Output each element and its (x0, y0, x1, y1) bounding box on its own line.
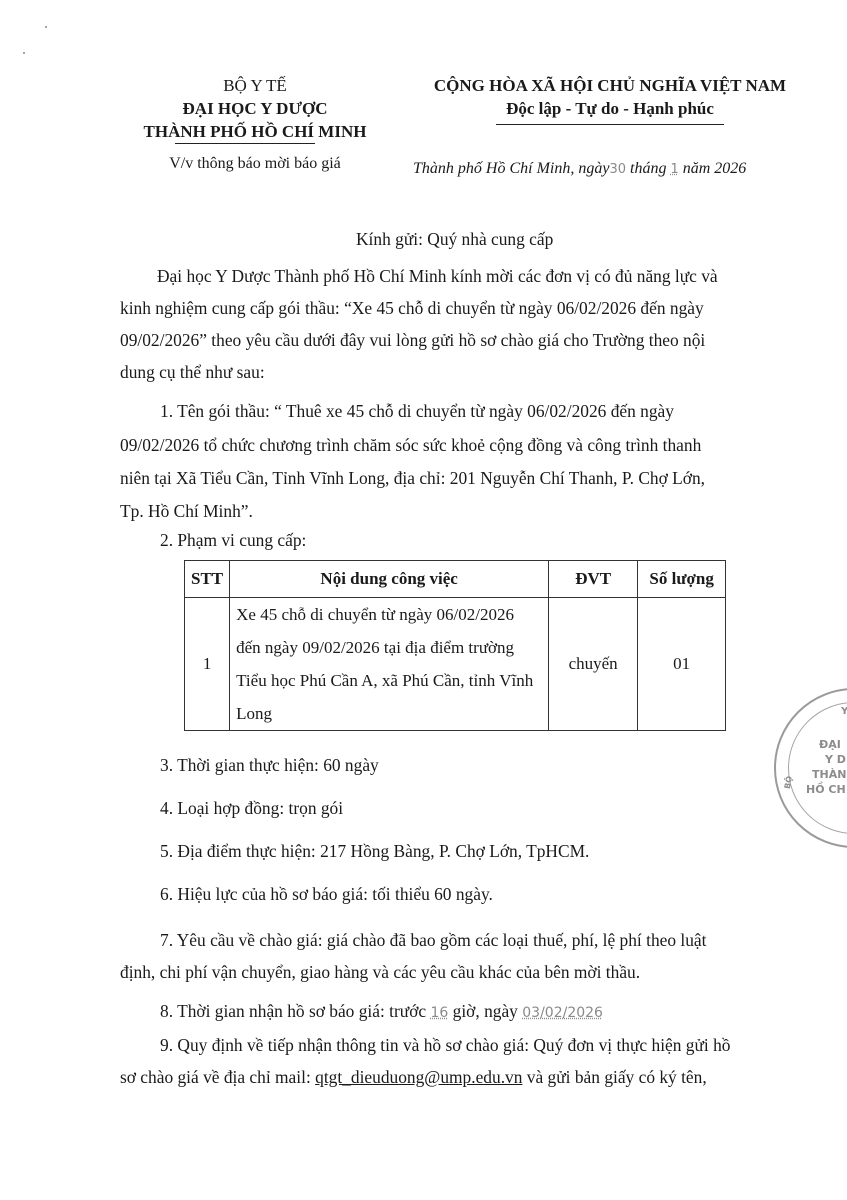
table-row: 1 Xe 45 chỗ di chuyển từ ngày 06/02/2026… (185, 598, 726, 731)
item2-heading: 2. Phạm vi cung cấp: (160, 530, 306, 551)
university-name-line1: ĐẠI HỌC Y DƯỢC (130, 99, 380, 119)
scan-speck (45, 26, 47, 28)
cell-content: Xe 45 chỗ di chuyển từ ngày 06/02/2026 đ… (230, 598, 549, 731)
intro-line-4: dung cụ thể như sau: (120, 362, 265, 383)
item6: 6. Hiệu lực của hồ sơ báo giá: tối thiểu… (160, 884, 493, 905)
item7-line-1: 7. Yêu cầu về chào giá: giá chào đã bao … (160, 930, 706, 951)
item9-line2-suffix: và gửi bản giấy có ký tên, (527, 1067, 707, 1087)
contact-email-link[interactable]: qtgt_dieuduong@ump.edu.vn (315, 1067, 522, 1087)
handwritten-day: 30 (609, 162, 626, 177)
salutation: Kính gửi: Quý nhà cung cấp (356, 229, 553, 250)
stamp-text-2: Y D (825, 753, 846, 766)
country-name: CỘNG HÒA XÃ HỘI CHỦ NGHĨA VIỆT NAM (400, 76, 820, 96)
stamp-text-4: HỒ CH (806, 783, 846, 796)
stamp-text-top: Y (841, 706, 847, 717)
item7-line-2: định, chi phí vận chuyển, giao hàng và c… (120, 962, 640, 983)
cell-quantity: 01 (638, 598, 726, 731)
item8-mid: giờ, ngày (453, 1001, 518, 1021)
cell-unit: chuyến (549, 598, 638, 731)
header-unit: ĐVT (549, 561, 638, 598)
item9-line-1: 9. Quy định về tiếp nhận thông tin và hồ… (160, 1035, 730, 1056)
item8: 8. Thời gian nhận hồ sơ báo giá: trước 1… (160, 1001, 603, 1022)
university-name-line2: THÀNH PHỐ HỒ CHÍ MINH (110, 122, 400, 142)
cell-stt: 1 (185, 598, 230, 731)
date-month-label: tháng (630, 160, 666, 177)
item4: 4. Loại hợp đồng: trọn gói (160, 798, 343, 819)
date-prefix: Thành phố Hồ Chí Minh, ngày (413, 160, 609, 177)
table-header-row: STT Nội dung công việc ĐVT Số lượng (185, 561, 726, 598)
intro-line-3: 09/02/2026” theo yêu cầu dưới đây vui lò… (120, 330, 705, 351)
intro-line-1: Đại học Y Dược Thành phố Hồ Chí Minh kín… (157, 266, 718, 287)
stamp-text-3: THÀNH (812, 768, 847, 781)
date-year: năm 2026 (683, 160, 747, 177)
intro-line-2: kinh nghiệm cung cấp gói thầu: “Xe 45 ch… (120, 298, 704, 319)
handwritten-month: 1 (670, 162, 678, 177)
item9-line-2: sơ chào giá về địa chỉ mail: qtgt_dieudu… (120, 1067, 707, 1088)
item8-prefix: 8. Thời gian nhận hồ sơ báo giá: trước (160, 1001, 426, 1021)
scope-table: STT Nội dung công việc ĐVT Số lượng 1 Xe… (184, 560, 726, 731)
item9-line2-prefix: sơ chào giá về địa chỉ mail: (120, 1067, 311, 1087)
item1-line-2: 09/02/2026 tổ chức chương trình chăm sóc… (120, 435, 701, 456)
item5: 5. Địa điểm thực hiện: 217 Hồng Bàng, P.… (160, 841, 589, 862)
header-right-divider (496, 124, 724, 125)
document-date: Thành phố Hồ Chí Minh, ngày30 tháng 1 nă… (413, 160, 746, 178)
item3: 3. Thời gian thực hiện: 60 ngày (160, 755, 379, 776)
item1-line-4: Tp. Hồ Chí Minh”. (120, 501, 253, 522)
item1-line-1: 1. Tên gói thầu: “ Thuê xe 45 chỗ di chu… (160, 401, 674, 422)
header-left-divider (175, 143, 315, 144)
handwritten-hour: 16 (430, 1005, 448, 1021)
header-content: Nội dung công việc (230, 561, 549, 598)
handwritten-date: 03/02/2026 (522, 1005, 603, 1021)
stamp-text-1: ĐẠI (819, 738, 841, 751)
header-stt: STT (185, 561, 230, 598)
document-subject: V/v thông báo mời báo giá (130, 155, 380, 173)
ministry-name: BỘ Y TẾ (130, 76, 380, 96)
header-quantity: Số lượng (638, 561, 726, 598)
scan-speck (23, 52, 25, 54)
national-motto: Độc lập - Tự do - Hạnh phúc (400, 99, 820, 119)
item1-line-3: niên tại Xã Tiểu Cần, Tỉnh Vĩnh Long, đị… (120, 468, 705, 489)
